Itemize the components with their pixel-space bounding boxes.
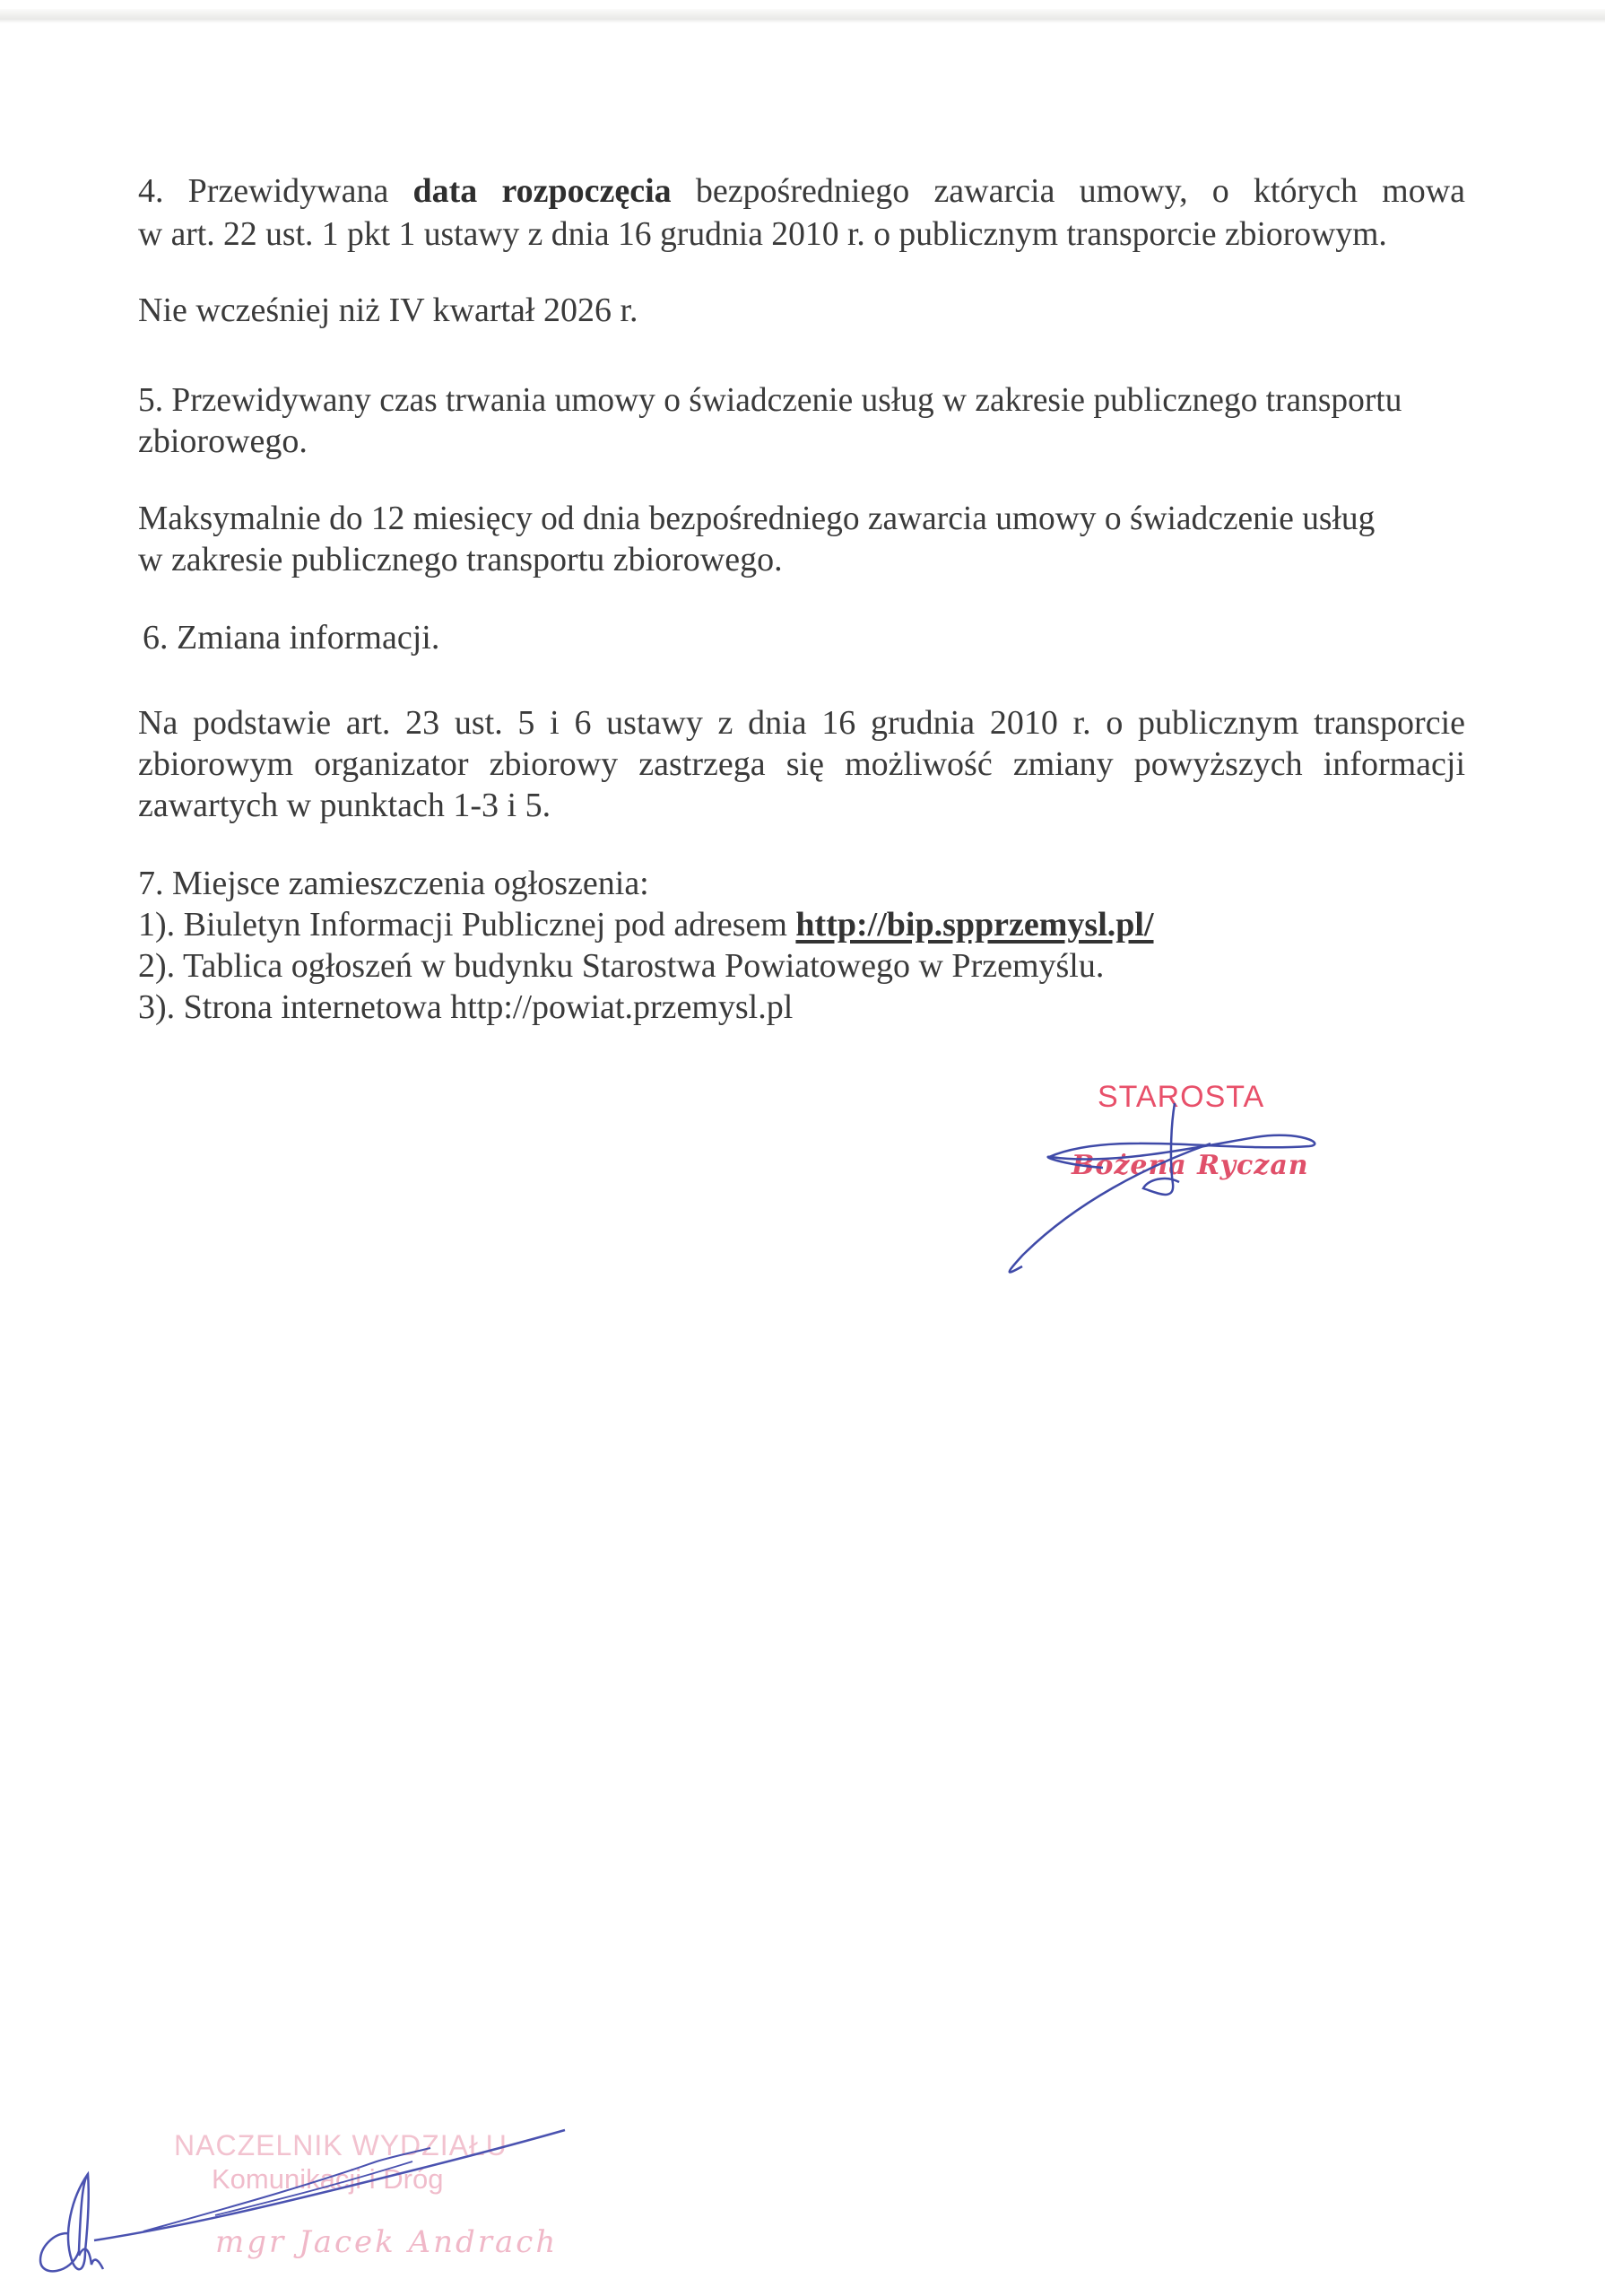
publication-item-2: 2). Tablica ogłoszeń w budynku Starostwa…: [138, 945, 1104, 987]
section-5-answer-cont: w zakresie publicznego transportu zbioro…: [138, 539, 783, 580]
starosta-handwritten-signature: [986, 1067, 1345, 1300]
starosta-signature-block: STAROSTA Bożena Ryczan: [986, 1067, 1345, 1300]
section-5-heading-cont: zbiorowego.: [138, 421, 308, 462]
section-5-heading: 5. Przewidywany czas trwania umowy o świ…: [138, 379, 1402, 421]
section-4-answer: Nie wcześniej niż IV kwartał 2026 r.: [138, 290, 638, 331]
section-4-heading: 4. Przewidywana data rozpoczęcia bezpośr…: [138, 170, 1465, 212]
section-6-heading: 6. Zmiana informacji.: [143, 617, 439, 658]
section-5-answer: Maksymalnie do 12 miesięcy od dnia bezpo…: [138, 498, 1375, 539]
naczelnik-handwritten-signature: [36, 2099, 664, 2296]
start-date-emphasis: data rozpoczęcia: [413, 172, 672, 210]
section-6-body-end: zawartych w punktach 1-3 i 5.: [138, 785, 551, 826]
scan-edge: [0, 9, 1605, 23]
naczelnik-signature-block: NACZELNIK WYDZIAŁU Komunikacji i Dróg mg…: [36, 2099, 664, 2296]
publication-item-1: 1). Biuletyn Informacji Publicznej pod a…: [138, 904, 1154, 945]
section-6-body-cont: zbiorowym organizator zbiorowy zastrzega…: [138, 744, 1465, 785]
section-7-heading: 7. Miejsce zamieszczenia ogłoszenia:: [138, 863, 649, 904]
section-6-body: Na podstawie art. 23 ust. 5 i 6 ustawy z…: [138, 702, 1465, 744]
bip-link[interactable]: http://bip.spprzemysl.pl/: [795, 906, 1153, 944]
publication-item-3: 3). Strona internetowa http://powiat.prz…: [138, 987, 793, 1028]
section-4-heading-cont: w art. 22 ust. 1 pkt 1 ustawy z dnia 16 …: [138, 213, 1387, 255]
